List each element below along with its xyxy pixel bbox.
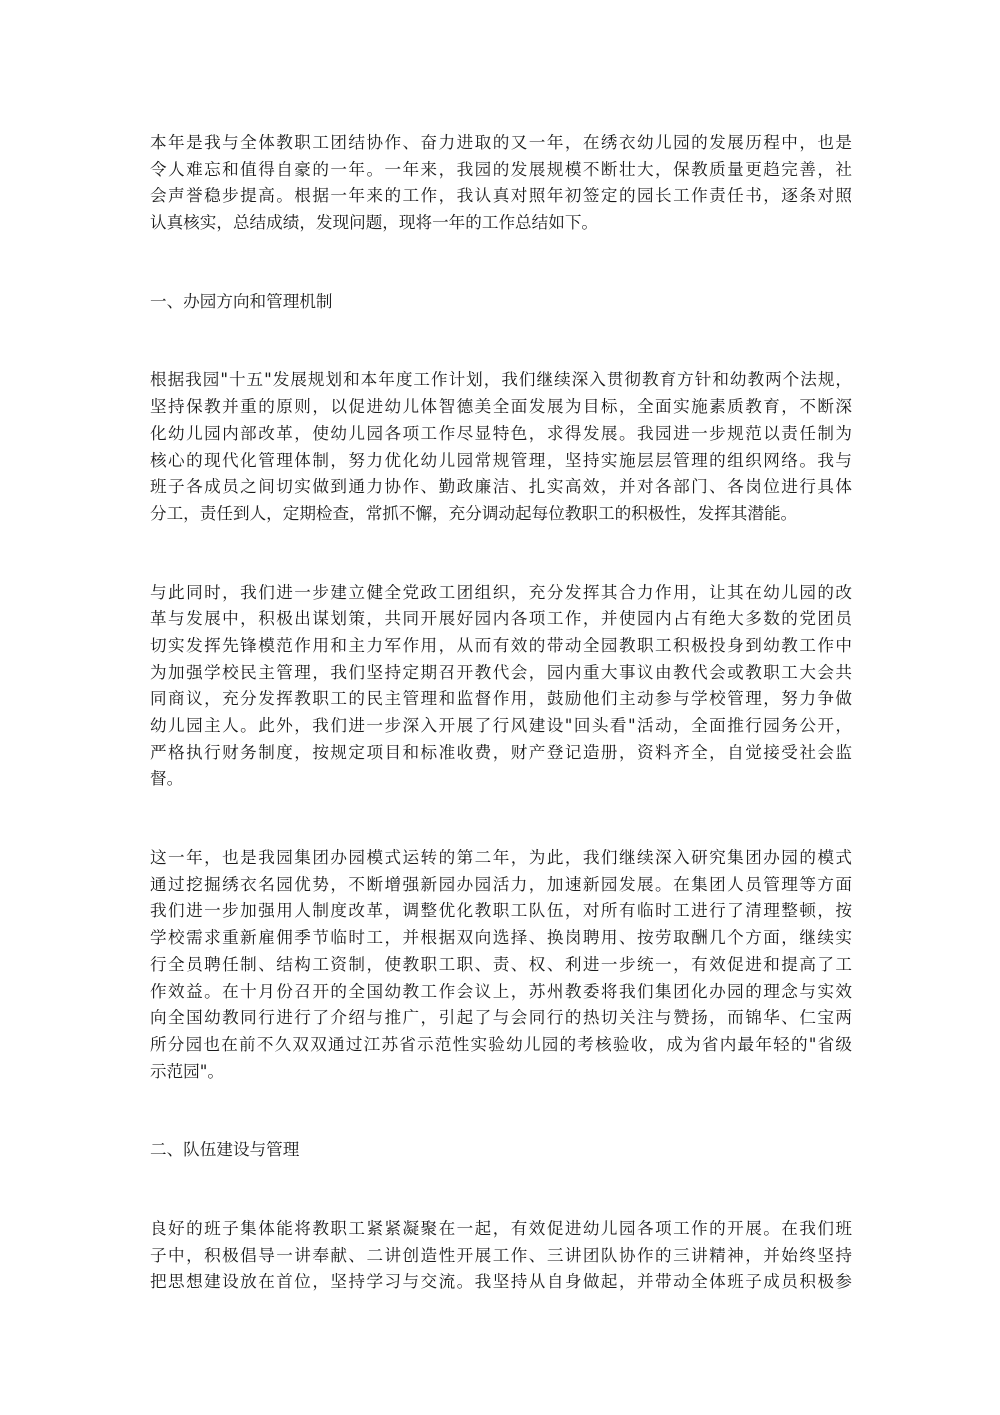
heading-text: 二、队伍建设与管理	[150, 1137, 852, 1164]
body-paragraph: 良好的班子集体能将教职工紧紧凝聚在一起，有效促进幼儿园各项工作的开展。在我们班 …	[150, 1216, 852, 1296]
text-line: 幼儿园主人。此外，我们进一步深入开展了行风建设"回头看"活动，全面推行园务公开，	[150, 713, 852, 740]
text-line: 这一年，也是我园集团办园模式运转的第二年，为此，我们继续深入研究集团办园的模式	[150, 845, 852, 872]
text-line: 认真核实，总结成绩，发现问题，现将一年的工作总结如下。	[150, 210, 852, 237]
spacer	[150, 1085, 852, 1137]
spacer	[150, 237, 852, 289]
text-line: 学校需求重新雇佣季节临时工，并根据双向选择、换岗聘用、按劳取酬几个方面，继续实	[150, 925, 852, 952]
text-line: 行全员聘任制、结构工资制，使教职工职、责、权、利进一步统一，有效促进和提高了工	[150, 952, 852, 979]
text-line: 示范园"。	[150, 1059, 852, 1086]
spacer	[150, 528, 852, 580]
spacer	[150, 1164, 852, 1216]
text-line: 化幼儿园内部改革，使幼儿园各项工作尽显特色，求得发展。我园进一步规范以责任制为	[150, 421, 852, 448]
text-line: 坚持保教并重的原则，以促进幼儿体智德美全面发展为目标，全面实施素质教育，不断深	[150, 394, 852, 421]
text-line: 本年是我与全体教职工团结协作、奋力进取的又一年，在绣衣幼儿园的发展历程中，也是	[150, 130, 852, 157]
text-line: 会声誉稳步提高。根据一年来的工作，我认真对照年初签定的园长工作责任书，逐条对照	[150, 183, 852, 210]
text-line: 为加强学校民主管理，我们坚持定期召开教代会，园内重大事议由教代会或教职工大会共	[150, 660, 852, 687]
text-line: 革与发展中，积极出谋划策，共同开展好园内各项工作，并使园内占有绝大多数的党团员	[150, 606, 852, 633]
heading-text: 一、办园方向和管理机制	[150, 289, 852, 316]
text-line: 督。	[150, 766, 852, 793]
text-line: 分工，责任到人，定期检查，常抓不懈，充分调动起每位教职工的积极性，发挥其潜能。	[150, 501, 852, 528]
text-line: 严格执行财务制度，按规定项目和标准收费，财产登记造册，资料齐全，自觉接受社会监	[150, 740, 852, 767]
text-line: 把思想建设放在首位，坚持学习与交流。我坚持从自身做起，并带动全体班子成员积极参	[150, 1269, 852, 1296]
body-paragraph: 与此同时，我们进一步建立健全党政工团组织，充分发挥其合力作用，让其在幼儿园的改 …	[150, 580, 852, 794]
body-paragraph: 这一年，也是我园集团办园模式运转的第二年，为此，我们继续深入研究集团办园的模式 …	[150, 845, 852, 1085]
text-line: 向全国幼教同行进行了介绍与推广，引起了与会同行的热切关注与赞扬，而锦华、仁宝两	[150, 1005, 852, 1032]
spacer	[150, 793, 852, 845]
text-line: 所分园也在前不久双双通过江苏省示范性实验幼儿园的考核验收，成为省内最年轻的"省级	[150, 1032, 852, 1059]
spacer	[150, 315, 852, 367]
section-heading-2: 二、队伍建设与管理	[150, 1137, 852, 1164]
text-line: 子中，积极倡导一讲奉献、二讲创造性开展工作、三讲团队协作的三讲精神，并始终坚持	[150, 1243, 852, 1270]
text-line: 切实发挥先锋模范作用和主力军作用，从而有效的带动全园教职工积极投身到幼教工作中	[150, 633, 852, 660]
text-line: 根据我园"十五"发展规划和本年度工作计划，我们继续深入贯彻教育方针和幼教两个法规…	[150, 367, 852, 394]
text-line: 核心的现代化管理体制，努力优化幼儿园常规管理，坚持实施层层管理的组织网络。我与	[150, 448, 852, 475]
text-line: 作效益。在十月份召开的全国幼教工作会议上，苏州教委将我们集团化办园的理念与实效	[150, 979, 852, 1006]
intro-paragraph: 本年是我与全体教职工团结协作、奋力进取的又一年，在绣衣幼儿园的发展历程中，也是 …	[150, 130, 852, 237]
text-line: 我们进一步加强用人制度改革，调整优化教职工队伍，对所有临时工进行了清理整顿，按	[150, 898, 852, 925]
text-line: 同商议，充分发挥教职工的民主管理和监督作用，鼓励他们主动参与学校管理，努力争做	[150, 686, 852, 713]
text-line: 班子各成员之间切实做到通力协作、勤政廉洁、扎实高效，并对各部门、各岗位进行具体	[150, 474, 852, 501]
body-paragraph: 根据我园"十五"发展规划和本年度工作计划，我们继续深入贯彻教育方针和幼教两个法规…	[150, 367, 852, 527]
text-line: 与此同时，我们进一步建立健全党政工团组织，充分发挥其合力作用，让其在幼儿园的改	[150, 580, 852, 607]
section-heading-1: 一、办园方向和管理机制	[150, 289, 852, 316]
text-line: 通过挖掘绣衣名园优势，不断增强新园办园活力，加速新园发展。在集团人员管理等方面	[150, 872, 852, 899]
document-page: 本年是我与全体教职工团结协作、奋力进取的又一年，在绣衣幼儿园的发展历程中，也是 …	[150, 130, 852, 1296]
text-line: 良好的班子集体能将教职工紧紧凝聚在一起，有效促进幼儿园各项工作的开展。在我们班	[150, 1216, 852, 1243]
text-line: 令人难忘和值得自豪的一年。一年来，我园的发展规模不断壮大，保教质量更趋完善，社	[150, 157, 852, 184]
